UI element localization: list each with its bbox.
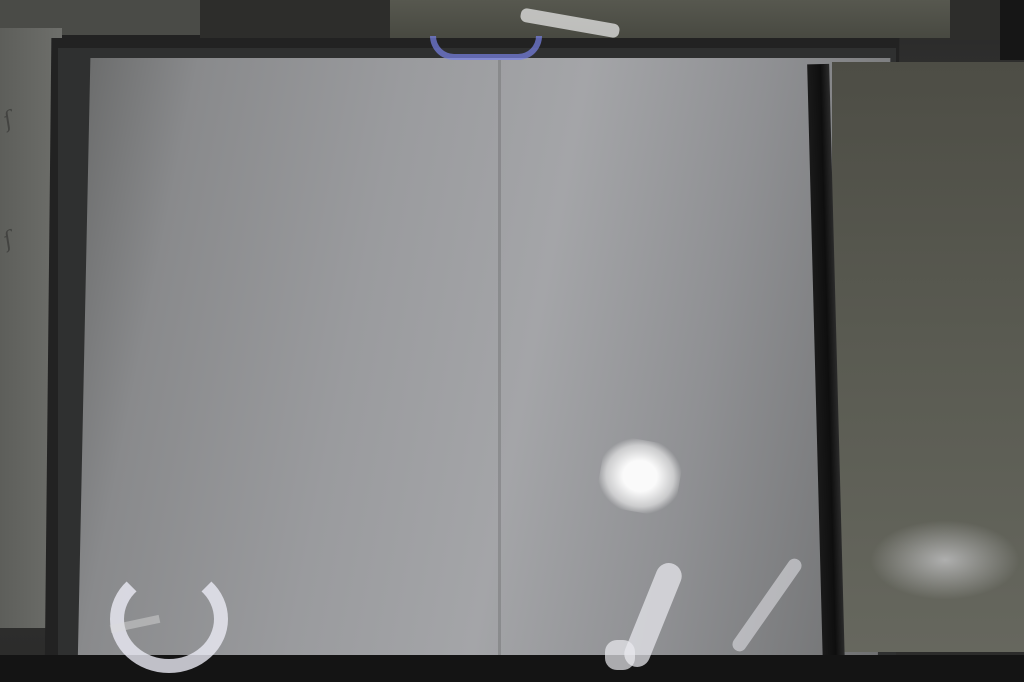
top-right-shadow [1000,0,1024,60]
page-fold [498,60,501,666]
scrawl-mark: ſ [0,107,16,133]
bottom-shadow [0,655,1024,682]
letter-paper [78,58,891,668]
scrawl-mark: ſ [0,227,16,253]
top-document-fragment [390,0,950,38]
photo-scene: ſ ſ [0,0,1024,682]
side-document [832,62,1024,652]
